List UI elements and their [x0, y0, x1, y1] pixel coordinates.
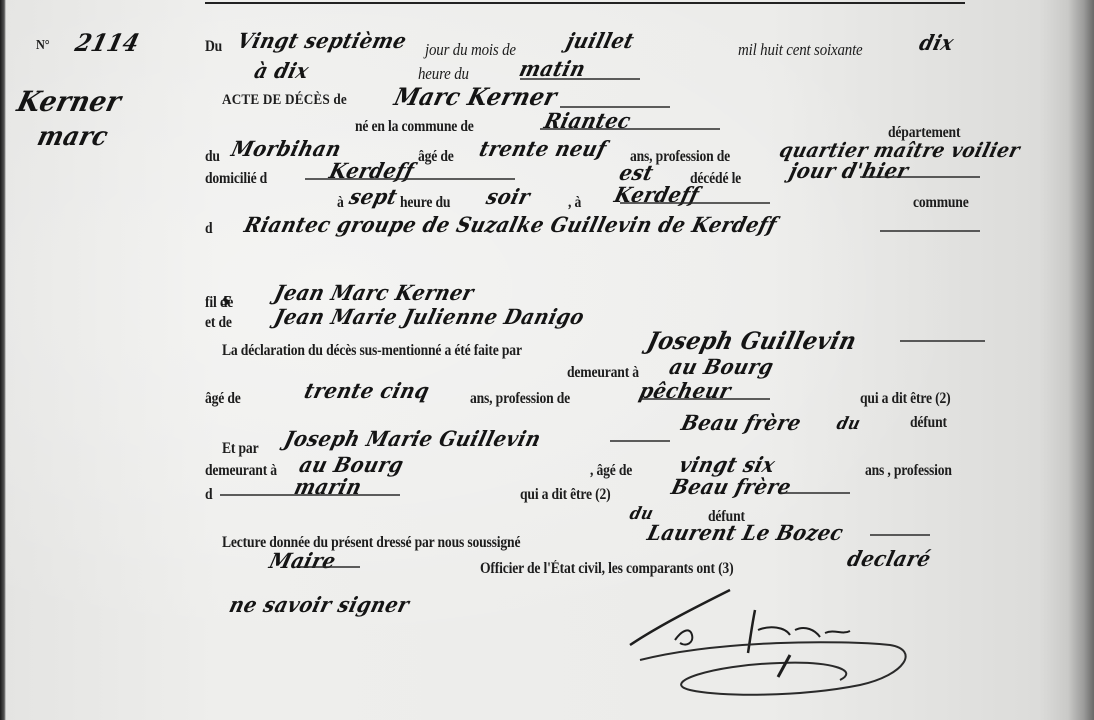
label-ans-profession: ans , profession	[865, 462, 952, 480]
label-officier: Officier de l'État civil, les comparants…	[480, 560, 733, 578]
label-du: Du	[205, 38, 222, 56]
label-et-de: et de	[205, 314, 232, 332]
declarant1-relation: Beau frère	[679, 410, 804, 435]
label-heure-du-soir: heure du	[400, 194, 450, 212]
label-commune: commune	[913, 194, 969, 212]
underline	[640, 398, 770, 400]
month-value: juillet	[564, 28, 637, 53]
declarant1-du: du	[835, 414, 863, 434]
label-a-lieu: , à	[568, 194, 581, 212]
declarant1-age: trente cinq	[302, 378, 432, 403]
underline	[520, 78, 640, 80]
underline	[870, 534, 930, 536]
death-day-value: jour d'hier	[787, 158, 911, 183]
label-qui-a-dit-etre: qui a dit être (2)	[860, 390, 951, 408]
signature-flourish-icon	[620, 585, 950, 705]
record-number: 2114	[72, 28, 142, 57]
label-du-dept: du	[205, 148, 220, 166]
underline	[305, 178, 515, 180]
label-qui-a-dit-etre-2: qui a dit être (2)	[520, 486, 611, 504]
label-d-commune: d	[205, 220, 212, 238]
label-d-3: d	[205, 486, 212, 504]
declarant2-name: Joseph Marie Guillevin	[282, 426, 544, 451]
death-period-value: soir	[484, 184, 533, 209]
underline	[610, 440, 670, 442]
label-heure-du: heure du	[418, 64, 469, 84]
underline	[300, 566, 360, 568]
label-lecture: Lecture donnée du présent dressé par nou…	[222, 534, 520, 552]
label-a: à	[337, 194, 344, 212]
underline	[220, 494, 400, 496]
underline	[540, 128, 720, 130]
death-hour-value: sept	[347, 184, 400, 209]
top-rule	[205, 2, 965, 4]
hour-value: à dix	[252, 58, 312, 83]
label-ne-commune: né en la commune de	[355, 118, 474, 136]
scan-right-edge	[1068, 0, 1094, 720]
label-year: mil huit cent soixante	[738, 40, 863, 60]
label-age: âgé de	[418, 148, 454, 166]
day-value: Vingt septième	[235, 28, 410, 53]
father-name: Jean Marc Kerner	[272, 280, 477, 305]
number-label: N°	[36, 38, 49, 54]
declarant1-name: Joseph Guillevin	[644, 326, 859, 355]
comparants-status: declaré	[845, 546, 934, 571]
label-age-3: , âgé de	[590, 462, 632, 480]
label-declaration: La déclaration du décès sus-mentionné a …	[222, 342, 522, 360]
officer-name: Laurent Le Bozec	[645, 520, 846, 545]
year-suffix: dix	[917, 30, 957, 55]
deceased-name: Marc Kerner	[391, 82, 560, 111]
underline	[620, 202, 770, 204]
margin-given-name: marc	[34, 122, 111, 152]
underline	[860, 176, 980, 178]
underline	[900, 340, 985, 342]
label-demeurant-a: demeurant à	[567, 364, 639, 382]
death-commune-value: Riantec groupe de Suzalke Guillevin de K…	[242, 212, 780, 237]
department-value: Morbihan	[229, 136, 344, 161]
mother-name: Jean Marie Julienne Danigo	[272, 304, 587, 329]
age-value: trente neuf	[477, 136, 609, 161]
officer-signature: Le Bozec	[620, 585, 950, 705]
signature-note: ne savoir signer	[227, 592, 412, 617]
label-et-par: Et par	[222, 440, 258, 458]
label-age-2: âgé de	[205, 390, 241, 408]
officer-title: Maire	[267, 548, 339, 573]
label-domicilie: domicilié d	[205, 170, 267, 188]
scan-left-edge	[0, 0, 6, 720]
margin-surname: Kerner	[14, 85, 125, 118]
declarant2-relation: Beau frère	[669, 474, 794, 499]
label-profession-2: ans, profession de	[470, 390, 570, 408]
label-defunt-1: défunt	[910, 414, 947, 432]
label-demeurant-a-2: demeurant à	[205, 462, 277, 480]
underline	[880, 230, 980, 232]
label-jour-du-mois: jour du mois de	[425, 40, 516, 60]
declarant1-residence: au Bourg	[667, 354, 776, 379]
scanned-death-record: N° 2114 Kerner marc Du Vingt septième jo…	[0, 0, 1094, 720]
underline	[780, 492, 850, 494]
label-acte-de-deces: ACTE DE DÉCÈS de	[222, 92, 347, 109]
